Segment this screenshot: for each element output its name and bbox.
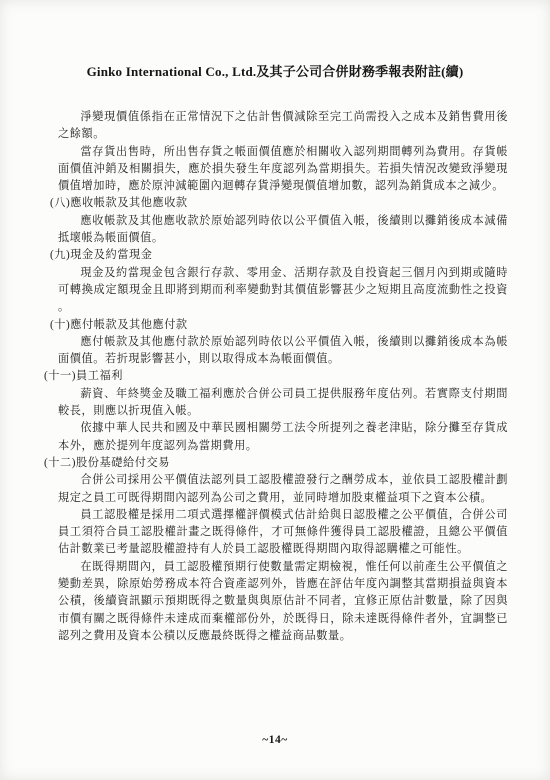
section-10: (十)應付帳款及其他應付款 應付帳款及其他應付款於原始認列時依以公平價值入帳，後… [50,317,508,369]
section-paragraph: 現金及約當現金包含銀行存款、零用金、活期存款及自投資起三個月內到期或隨時可轉換成… [58,265,508,317]
section-label: (十) [50,319,70,331]
section-paragraph: 應付帳款及其他應付款於原始認列時依以公平價值入帳，後續則以攤銷後成本為帳面價值。… [58,334,508,369]
section-8: (八)應收帳款及其他應收款 應收帳款及其他應收款於原始認列時依以公平價值入帳，後… [50,195,508,247]
page-title: Ginko International Co., Ltd.及其子公司合併財務季報… [0,61,550,80]
section-heading: (十二)股份基礎給付交易 [44,455,508,472]
section-title: 員工福利 [76,370,123,382]
document-body: 淨變現價值係指在正常情況下之估計售價減除至完工尚需投入之成本及銷售費用後之餘額。… [50,109,508,645]
section-paragraph: 在既得期間內，員工認股權預期行使數量需定期檢視，惟任何以前產生公平價值之變動差異… [58,559,508,645]
section-title: 現金及約當現金 [70,249,152,261]
section-9: (九)現金及約當現金 現金及約當現金包含銀行存款、零用金、活期存款及自投資起三個… [50,247,508,316]
intro-paragraph: 淨變現價值係指在正常情況下之估計售價減除至完工尚需投入之成本及銷售費用後之餘額。 [58,109,508,144]
section-title: 應收帳款及其他應收款 [70,197,187,209]
section-heading: (十一)員工福利 [44,368,508,385]
section-paragraph: 應收帳款及其他應收款於原始認列時依以公平價值入帳，後續則以攤銷後成本減備抵壞帳為… [58,213,508,248]
section-heading: (十)應付帳款及其他應付款 [50,317,508,334]
section-11: (十一)員工福利 薪資、年終獎金及職工福利應於合併公司員工提供服務年度估列。若實… [50,368,508,454]
intro-paragraph: 當存貨出售時，所出售存貨之帳面價值應於相關收入認列期間轉列為費用。存貨帳面價值沖… [58,144,508,196]
section-label: (十一) [44,370,76,382]
section-paragraph: 員工認股權是採用二項式選擇權評價模式估計給與日認股權之公平價值，合併公司員工須符… [58,507,508,559]
page-number: ~14~ [0,734,550,746]
section-heading: (九)現金及約當現金 [50,247,508,264]
section-heading: (八)應收帳款及其他應收款 [50,195,508,212]
section-label: (八) [50,197,70,209]
section-12: (十二)股份基礎給付交易 合併公司採用公平價值法認列員工認股權證發行之酬勞成本，… [50,455,508,645]
section-paragraph: 依據中華人民共和國及中華民國相關勞工法令所提列之養老津貼，除分攤至存貨成本外，應… [58,420,508,455]
section-title: 應付帳款及其他應付款 [70,319,187,331]
section-label: (十二) [44,457,76,469]
section-label: (九) [50,249,70,261]
section-title: 股份基礎給付交易 [76,457,170,469]
section-paragraph: 薪資、年終獎金及職工福利應於合併公司員工提供服務年度估列。若實際支付期間較長，則… [58,386,508,421]
section-paragraph: 合併公司採用公平價值法認列員工認股權證發行之酬勞成本，並依員工認股權計劃規定之員… [58,472,508,507]
document-page: Ginko International Co., Ltd.及其子公司合併財務季報… [0,0,550,780]
